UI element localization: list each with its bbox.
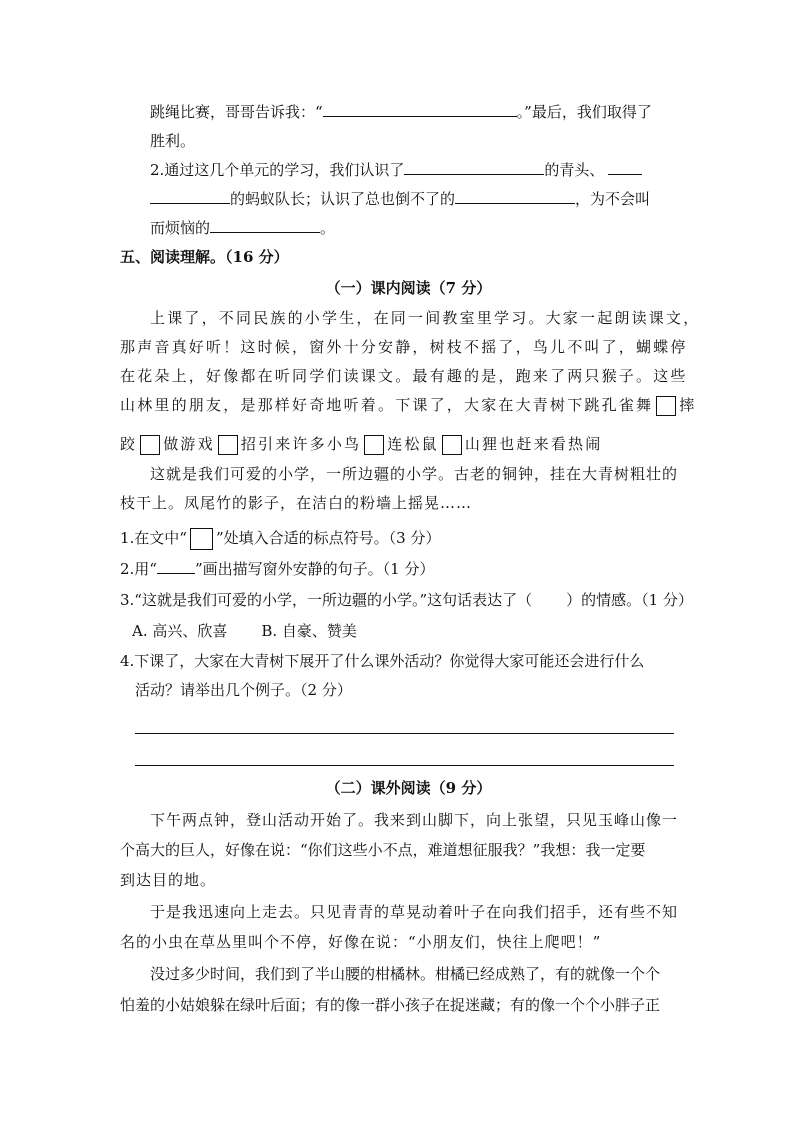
answer-line[interactable]: [135, 733, 674, 734]
passage-text: 连松鼠: [387, 435, 439, 453]
passage-text: 山林里的朋友，是那样好奇地听着。下课了，大家在大青树下跳孔雀舞: [120, 396, 653, 414]
item2-text: 的蚂蚁队长；认识了总也倒不了的: [230, 190, 455, 208]
item1-text-after: 。”最后，我们取得了: [517, 103, 652, 121]
question-2: 2.用“”画出描写窗外安静的句子。（1 分）: [120, 559, 434, 579]
answer-blank[interactable]: [150, 189, 230, 204]
item2-text: 的青头、: [544, 161, 604, 179]
question-text: ”画出描写窗外安静的句子。（1 分）: [195, 560, 434, 578]
answer-blank[interactable]: [455, 189, 575, 204]
option-a[interactable]: A. 高兴、欣喜: [132, 622, 227, 640]
answer-line[interactable]: [135, 765, 674, 766]
question-text: ）的情感。（1 分）: [566, 591, 693, 609]
passage-text: 做游戏: [163, 435, 215, 453]
punctuation-box[interactable]: [442, 435, 462, 455]
passage1-line: 上课了，不同民族的小学生，在同一间教室里学习。大家一起朗读课文，: [150, 308, 700, 328]
passage1-line-with-box: 山林里的朋友，是那样好奇地听着。下课了，大家在大青树下跳孔雀舞摔: [120, 395, 696, 416]
question-text: 1.在文中“: [120, 529, 187, 547]
fill-in-item2-line2: 的蚂蚁队长；认识了总也倒不了的，为不会叫: [150, 189, 650, 209]
question-3-options: A. 高兴、欣喜B. 自豪、赞美: [132, 621, 357, 641]
passage2-line: 怕羞的小姑娘躲在绿叶后面；有的像一群小孩子在捉迷藏；有的像一个个小胖子正: [120, 995, 660, 1015]
question-text: ”处填入合适的标点符号。（3 分）: [216, 529, 440, 547]
fill-in-item2-line3: 而烦恼的。: [150, 218, 335, 238]
question-3: 3.“这就是我们可爱的小学，一所边疆的小学。”这句话表达了（）的情感。（1 分）: [120, 590, 693, 610]
passage2-line: 名的小虫在草丛里叫个不停，好像在说：“小朋友们，快往上爬吧！”: [120, 932, 601, 952]
fill-in-item1-line1: 跳绳比赛，哥哥告诉我：“。”最后，我们取得了: [150, 102, 652, 122]
part2-title: （二）课外阅读（9 分）: [0, 778, 793, 798]
passage-text: 跤: [120, 435, 137, 453]
passage2-line: 于是我迅速向上走去。只见青青的草晃动着叶子在向我们招手，还有些不知: [150, 902, 678, 922]
passage2-line: 没过多少时间，我们到了半山腰的柑橘林。柑橘已经成熟了，有的就像一个个: [150, 964, 660, 984]
option-b[interactable]: B. 自豪、赞美: [261, 622, 357, 640]
underline-sample: [157, 559, 195, 574]
fill-in-item1-line2: 胜利。: [150, 131, 195, 151]
answer-blank[interactable]: [323, 102, 517, 117]
punctuation-box[interactable]: [218, 435, 238, 455]
section-title: 五、阅读理解。（16 分）: [120, 247, 289, 267]
punctuation-box[interactable]: [140, 435, 160, 455]
passage-text: 摔: [679, 396, 696, 414]
item2-text: 而烦恼的: [150, 219, 210, 237]
passage1-line: 那声音真好听！这时候，窗外十分安静，树枝不摇了，鸟儿不叫了，蝴蝶停: [120, 337, 688, 357]
punctuation-box-sample: [190, 528, 213, 550]
passage1-line: 枝干上。凤尾竹的影子，在洁白的粉墙上摇晃……: [120, 493, 472, 513]
item2-text: 。: [320, 219, 335, 237]
answer-blank[interactable]: [404, 160, 544, 175]
passage1-line: 在花朵上，好像都在听同学们读课文。最有趣的是，跑来了两只猴子。这些: [120, 366, 688, 386]
item1-text-before: 跳绳比赛，哥哥告诉我：“: [150, 103, 323, 121]
question-4: 4.下课了，大家在大青树下展开了什么课外活动？你觉得大家可能还会进行什么: [120, 651, 644, 671]
fill-in-item2-line1: 2.通过这几个单元的学习，我们认识了的青头、: [150, 160, 642, 180]
answer-blank[interactable]: [210, 218, 320, 233]
item2-text: ，为不会叫: [575, 190, 650, 208]
answer-blank[interactable]: [608, 160, 642, 175]
passage2-line: 到达目的地。: [120, 870, 216, 890]
passage2-line: 下午两点钟，登山活动开始了。我来到山脚下，向上张望，只见玉峰山像一: [150, 810, 678, 830]
passage-text: 山狸也赶来看热闹: [465, 435, 603, 453]
part1-title: （一）课内阅读（7 分）: [0, 278, 793, 298]
question-text: 2.用“: [120, 560, 157, 578]
passage2-line: 个高大的巨人，好像在说：“你们这些小不点，难道想征服我？”我想：我一定要: [120, 840, 645, 860]
question-1: 1.在文中“”处填入合适的标点符号。（3 分）: [120, 528, 440, 550]
question-text: 3.“这就是我们可爱的小学，一所边疆的小学。”这句话表达了（: [120, 591, 532, 609]
passage-text: 招引来许多小鸟: [241, 435, 361, 453]
passage1-line-with-boxes: 跤做游戏招引来许多小鸟连松鼠山狸也赶来看热闹: [120, 434, 602, 455]
punctuation-box[interactable]: [364, 435, 384, 455]
punctuation-box[interactable]: [656, 396, 676, 416]
item2-text: 2.通过这几个单元的学习，我们认识了: [150, 161, 404, 179]
question-4-cont: 活动？请举出几个例子。（2 分）: [135, 680, 352, 700]
passage1-line: 这就是我们可爱的小学，一所边疆的小学。古老的铜钟，挂在大青树粗壮的: [150, 464, 678, 484]
